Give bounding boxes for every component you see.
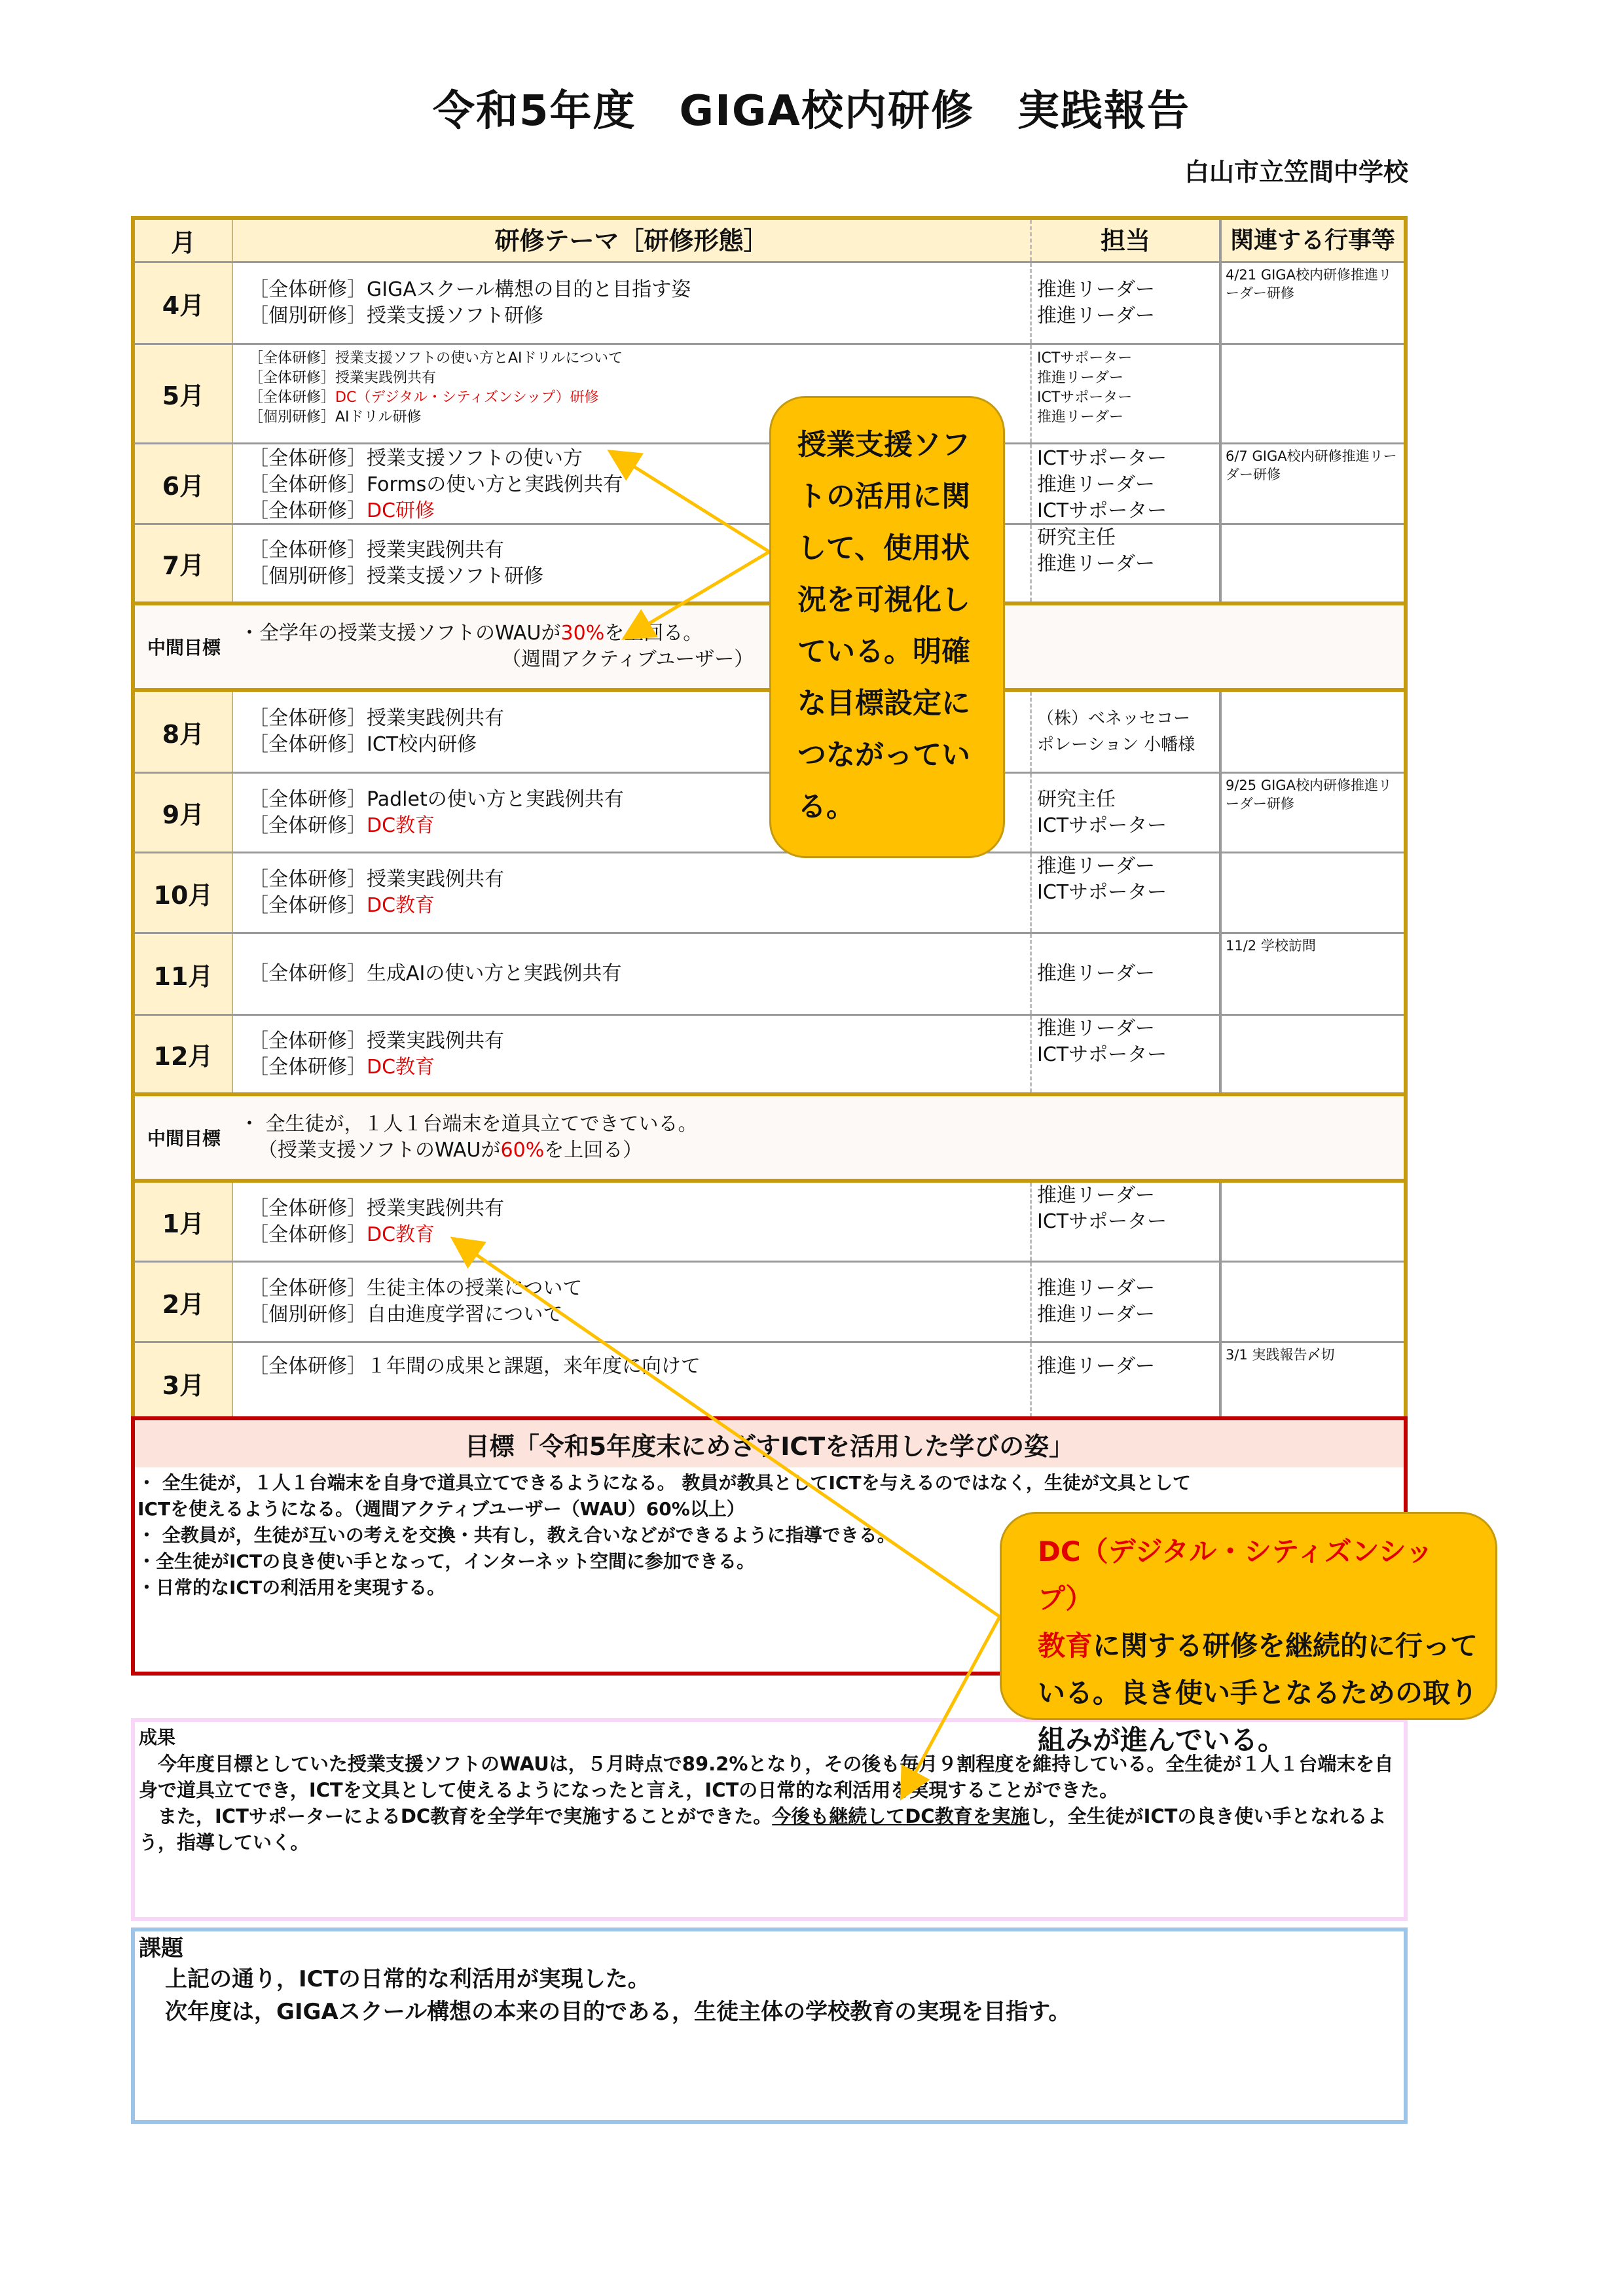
theme-type: ［全体研修］ [249, 389, 335, 406]
staff-line: 推進リーダー [1037, 1016, 1219, 1042]
midterm-goal-line: （授業支援ソフトのWAUが60%を上回る） [240, 1138, 698, 1164]
staff-line: ICTサポーター [1037, 813, 1219, 839]
staff: （株）ベネッセコー ポレーション 小幡様 [1032, 692, 1222, 772]
target-percent: 60% [501, 1139, 545, 1162]
theme: ［全体研修］GIGAスクール構想の目的と目指す姿 ［個別研修］授業支援ソフト研修 [233, 263, 1032, 343]
table-header: 月 研修テーマ［研修形態］ 担当 関連する行事等 [135, 220, 1404, 263]
staff-line: 推進リーダー [1037, 368, 1219, 388]
staff: 研究主任 ICTサポーター [1032, 774, 1222, 852]
midterm-goal-text: ・ 全生徒が，１人１台端末を道具立てできている。 （授業支援ソフトのWAUが60… [233, 1096, 698, 1179]
issues-label: 課題 [139, 1934, 1400, 1963]
staff: 推進リーダー 推進リーダー [1032, 263, 1222, 343]
staff-line: 推進リーダー [1037, 1276, 1219, 1302]
event [1222, 1016, 1404, 1092]
midterm-goal-line: ・全学年の授業支援ソフトのWAUが30%を上回る。 [240, 620, 754, 647]
table-row: 2月 ［全体研修］生徒主体の授業について ［個別研修］自由進度学習について 推進… [135, 1263, 1404, 1343]
target-percent: 30% [561, 622, 605, 645]
goal-text: を上回る。 [604, 622, 702, 645]
results-text: また，ICTサポーターによるDC教育を全学年で実施することができた。 [139, 1805, 772, 1827]
staff-line: 研究主任 [1037, 787, 1219, 813]
midterm-goal-label: 中間目標 [135, 605, 233, 688]
dc-highlight: DC（デジタル・シティズンシップ）研修 [335, 389, 598, 406]
event [1222, 345, 1404, 442]
issues-line: 上記の通り，ICTの日常的な利活用が実現した。 [139, 1963, 1400, 1996]
dc-highlight: DC教育 [367, 1223, 435, 1246]
event [1222, 692, 1404, 772]
month: 7月 [135, 525, 233, 601]
theme-line: ［全体研修］授業実践例共有 [249, 867, 1030, 893]
staff-line: 推進リーダー [1037, 1183, 1219, 1209]
dc-highlight: DC教育 [367, 814, 435, 837]
col-month: 月 [135, 220, 233, 261]
staff-line: ICTサポーター [1037, 446, 1219, 472]
theme-line: ［全体研修］授業支援ソフトの使い方とAIドリルについて [249, 349, 1030, 368]
staff: ICTサポーター 推進リーダー ICTサポーター [1032, 444, 1222, 523]
event [1222, 853, 1404, 932]
staff-line: ICTサポーター [1037, 349, 1219, 368]
dc-highlight: DC研修 [367, 499, 435, 522]
event: 4/21 GIGA校内研修推進リーダー研修 [1222, 263, 1404, 343]
results-paragraph: また，ICTサポーターによるDC教育を全学年で実施することができた。今後も継続し… [139, 1803, 1400, 1856]
dc-education-callout: DC（デジタル・シティズンシップ）教育に関する研修を継続的に行っている。良き使い… [1000, 1512, 1497, 1720]
midterm-goal-text: ・全学年の授業支援ソフトのWAUが30%を上回る。 （週間アクティブユーザー） [233, 605, 754, 688]
table-row: 3月 ［全体研修］１年間の成果と課題，来年度に向けて 推進リーダー 3/1 実践… [135, 1343, 1404, 1423]
staff-line: （株）ベネッセコー [1037, 706, 1219, 732]
midterm-goal-row: 中間目標 ・ 全生徒が，１人１台端末を道具立てできている。 （授業支援ソフトのW… [135, 1096, 1404, 1183]
software-usage-callout: 授業支援ソフトの活用に関して、使用状況を可視化している。明確な目標設定につながっ… [769, 396, 1005, 858]
midterm-goal-label: 中間目標 [135, 1096, 233, 1179]
goal-text: を上回る） [544, 1139, 642, 1162]
col-event: 関連する行事等 [1222, 220, 1404, 261]
month: 3月 [135, 1343, 233, 1423]
event [1222, 1183, 1404, 1261]
staff-line: 推進リーダー [1037, 1302, 1219, 1328]
table-row: 1月 ［全体研修］授業実践例共有 ［全体研修］DC教育 推進リーダー ICTサポ… [135, 1183, 1404, 1263]
staff: 推進リーダー [1032, 934, 1222, 1014]
staff-line: ICTサポーター [1037, 388, 1219, 408]
staff-line: 推進リーダー [1037, 303, 1219, 329]
event [1222, 525, 1404, 601]
theme-type: ［全体研修］ [249, 894, 367, 917]
theme-line: ［全体研修］DC教育 [249, 1054, 1030, 1081]
staff-line: ICTサポーター [1037, 1042, 1219, 1068]
event: 11/2 学校訪問 [1222, 934, 1404, 1014]
month: 4月 [135, 263, 233, 343]
staff-line: 推進リーダー [1037, 1354, 1219, 1380]
month: 12月 [135, 1016, 233, 1092]
midterm-goal-line: ・ 全生徒が，１人１台端末を道具立てできている。 [240, 1111, 698, 1138]
underlined-text: 今後も継続してDC教育を実施 [772, 1805, 1029, 1827]
event: 6/7 GIGA校内研修推進リーダー研修 [1222, 444, 1404, 523]
theme-line: ［全体研修］授業実践例共有 [249, 368, 1030, 388]
staff: 研究主任 推進リーダー [1032, 525, 1222, 601]
staff-line: 推進リーダー [1037, 472, 1219, 498]
theme-line: ［全体研修］授業実践例共有 [249, 1196, 1030, 1222]
staff: 推進リーダー ICTサポーター [1032, 1016, 1222, 1092]
dc-highlight: 教育 [1038, 1630, 1093, 1662]
midterm-goal-line: （週間アクティブユーザー） [240, 647, 754, 673]
theme: ［全体研修］授業実践例共有 ［全体研修］DC教育 [233, 1016, 1032, 1092]
school-name: 白山市立笠間中学校 [1184, 152, 1408, 188]
table-row: 11月 ［全体研修］生成AIの使い方と実践例共有 推進リーダー 11/2 学校訪… [135, 934, 1404, 1016]
month: 9月 [135, 774, 233, 852]
event: 9/25 GIGA校内研修推進リーダー研修 [1222, 774, 1404, 852]
dc-highlight: DC（デジタル・シティズンシップ） [1038, 1535, 1433, 1615]
staff-line: ICTサポーター [1037, 498, 1219, 524]
table-row: 10月 ［全体研修］授業実践例共有 ［全体研修］DC教育 推進リーダー ICTサ… [135, 853, 1404, 934]
event: 3/1 実践報告〆切 [1222, 1343, 1404, 1423]
staff: 推進リーダー ICTサポーター [1032, 853, 1222, 932]
goal-text: （授業支援ソフトのWAUが [258, 1139, 501, 1162]
page-title: 令和5年度 GIGA校内研修 実践報告 [0, 77, 1623, 137]
staff-line: 推進リーダー [1037, 961, 1219, 987]
goal-text: ・全学年の授業支援ソフトのWAUが [240, 622, 561, 645]
event [1222, 1263, 1404, 1341]
theme-line: ［全体研修］１年間の成果と課題，来年度に向けて [249, 1354, 1030, 1380]
goal-item: ・ 全生徒が，１人１台端末を自身で道具立てできるようになる。 教員が教具としてI… [137, 1470, 1401, 1496]
staff: 推進リーダー 推進リーダー [1032, 1263, 1222, 1341]
month: 6月 [135, 444, 233, 523]
table-row: 4月 ［全体研修］GIGAスクール構想の目的と目指す姿 ［個別研修］授業支援ソフ… [135, 263, 1404, 345]
theme-type: ［全体研修］ [249, 1223, 367, 1246]
theme-line: ［全体研修］DC教育 [249, 1222, 1030, 1248]
theme: ［全体研修］生徒主体の授業について ［個別研修］自由進度学習について [233, 1263, 1032, 1341]
dc-highlight: DC教育 [367, 1056, 435, 1079]
staff-line: 推進リーダー [1037, 551, 1219, 577]
issues-box: 課題 上記の通り，ICTの日常的な利活用が実現した。 次年度は，GIGAスクール… [131, 1928, 1408, 2124]
theme: ［全体研修］生成AIの使い方と実践例共有 [233, 934, 1032, 1014]
staff-line: 推進リーダー [1037, 853, 1219, 880]
staff: 推進リーダー [1032, 1343, 1222, 1423]
month: 1月 [135, 1183, 233, 1261]
theme-line: ［個別研修］授業支援ソフト研修 [249, 303, 1030, 329]
month: 2月 [135, 1263, 233, 1341]
staff-line: ICTサポーター [1037, 1209, 1219, 1235]
month: 11月 [135, 934, 233, 1014]
staff: ICTサポーター 推進リーダー ICTサポーター 推進リーダー [1032, 345, 1222, 442]
theme-line: ［全体研修］生徒主体の授業について [249, 1276, 1030, 1302]
staff-line: ICTサポーター [1037, 880, 1219, 906]
col-theme: 研修テーマ［研修形態］ [233, 220, 1032, 261]
theme: ［全体研修］授業実践例共有 ［全体研修］DC教育 [233, 853, 1032, 932]
staff-line: 推進リーダー [1037, 408, 1219, 427]
theme-line: ［全体研修］GIGAスクール構想の目的と目指す姿 [249, 277, 1030, 303]
theme: ［全体研修］１年間の成果と課題，来年度に向けて [233, 1343, 1032, 1423]
theme: ［全体研修］授業実践例共有 ［全体研修］DC教育 [233, 1183, 1032, 1261]
month: 5月 [135, 345, 233, 442]
theme-type: ［全体研修］ [249, 1056, 367, 1079]
theme-line: ［全体研修］授業実践例共有 [249, 1028, 1030, 1054]
table-row: 12月 ［全体研修］授業実践例共有 ［全体研修］DC教育 推進リーダー ICTサ… [135, 1016, 1404, 1096]
col-staff: 担当 [1032, 220, 1222, 261]
theme-type: ［全体研修］ [249, 814, 367, 837]
theme-type: ［全体研修］ [249, 499, 367, 522]
month: 10月 [135, 853, 233, 932]
callout-text: に関する研修を継続的に行っている。良き使い手となるための取り組みが進んでいる。 [1038, 1630, 1478, 1756]
month: 8月 [135, 692, 233, 772]
staff-line: ポレーション 小幡様 [1037, 732, 1219, 758]
theme-line: ［全体研修］DC教育 [249, 893, 1030, 919]
staff: 推進リーダー ICTサポーター [1032, 1183, 1222, 1261]
goal-heading: 目標「令和5年度末にめざすICTを活用した学びの姿」 [135, 1420, 1404, 1467]
issues-line: 次年度は，GIGAスクール構想の本来の目的である，生徒主体の学校教育の実現を目指… [139, 1996, 1400, 2028]
staff-line: 推進リーダー [1037, 277, 1219, 303]
theme-line: ［個別研修］自由進度学習について [249, 1302, 1030, 1328]
theme-line: ［全体研修］生成AIの使い方と実践例共有 [249, 961, 1030, 987]
staff-line: 研究主任 [1037, 525, 1219, 551]
dc-highlight: DC教育 [367, 894, 435, 917]
